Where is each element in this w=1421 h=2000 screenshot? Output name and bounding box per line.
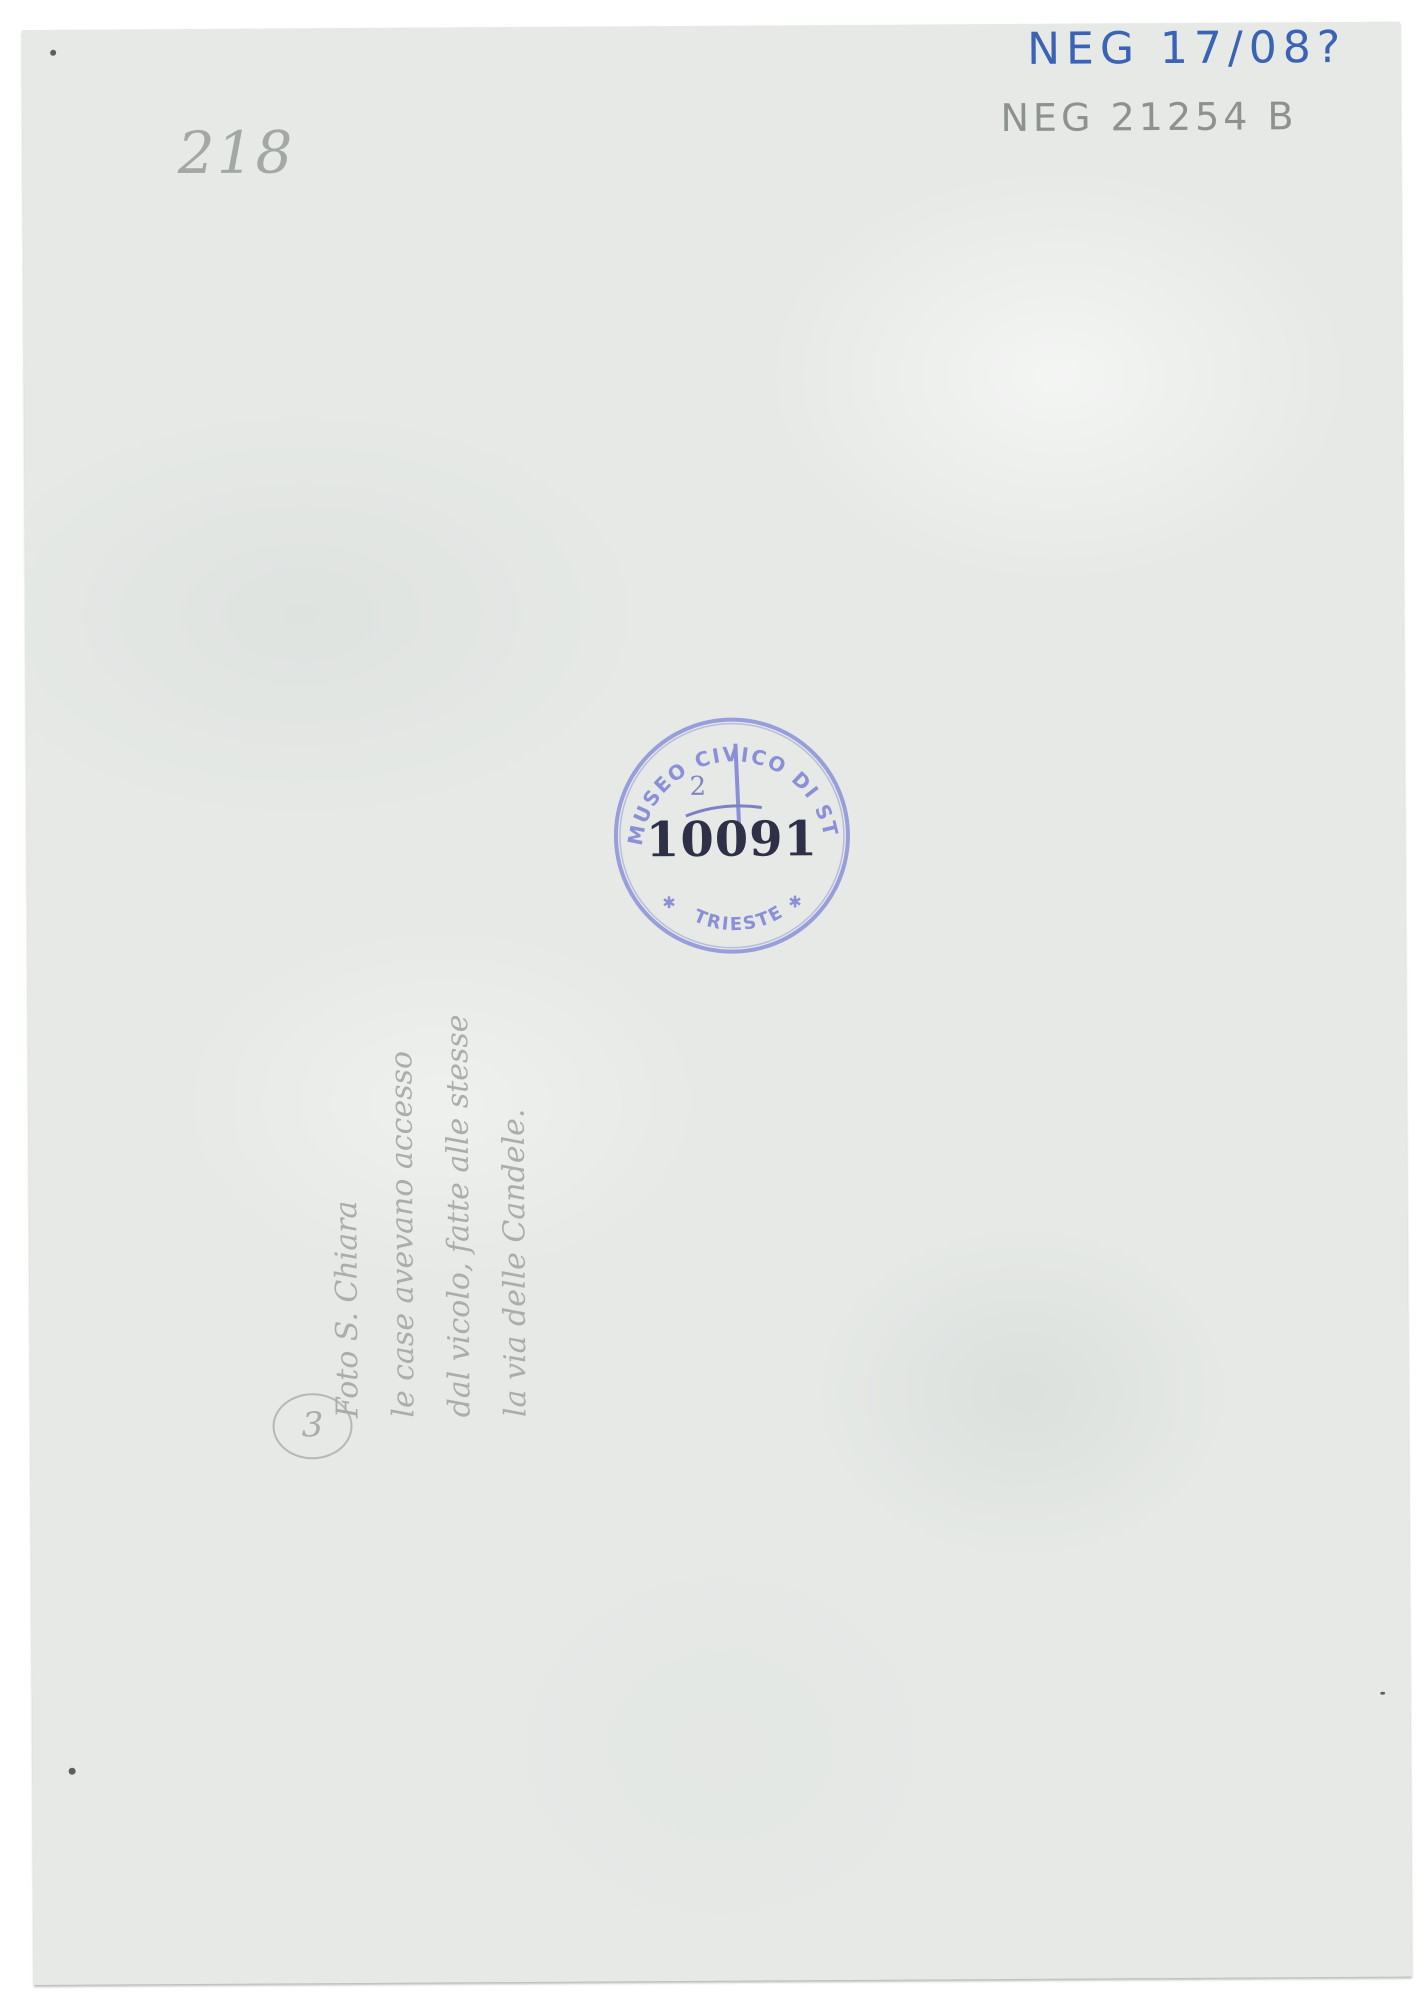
museum-stamp: MUSEO CIVICO DI STORIA ED ARTE TRIESTE ✱… (611, 715, 852, 956)
note-line: dal vicolo, fatte alle stesse (430, 1014, 488, 1417)
pencil-number-top-left: 218 (178, 118, 295, 187)
stamp-fraction-mark: 2 (690, 772, 707, 802)
inventory-number: 10091 (612, 811, 852, 868)
paper-speck (50, 50, 56, 56)
negative-reference: NEG 21254 B (1000, 94, 1297, 140)
note-line: Foto S. Chiara (318, 1015, 376, 1418)
photo-verso-sheet: 218 NEG 17/08? NEG 21254 B 3 Foto S. Chi… (22, 22, 1412, 1985)
note-line: la via delle Candele. (486, 1014, 544, 1417)
handwritten-note: Foto S. Chiara le case avevano accesso d… (318, 1014, 544, 1418)
paper-speck (69, 1768, 76, 1775)
svg-text:TRIESTE: TRIESTE (690, 901, 787, 935)
paper-speck (1380, 1692, 1385, 1695)
svg-text:✱: ✱ (788, 892, 802, 911)
svg-text:✱: ✱ (662, 893, 676, 912)
blue-ink-negative-note: NEG 17/08? (1027, 22, 1346, 75)
note-line: le case avevano accesso (374, 1015, 432, 1418)
